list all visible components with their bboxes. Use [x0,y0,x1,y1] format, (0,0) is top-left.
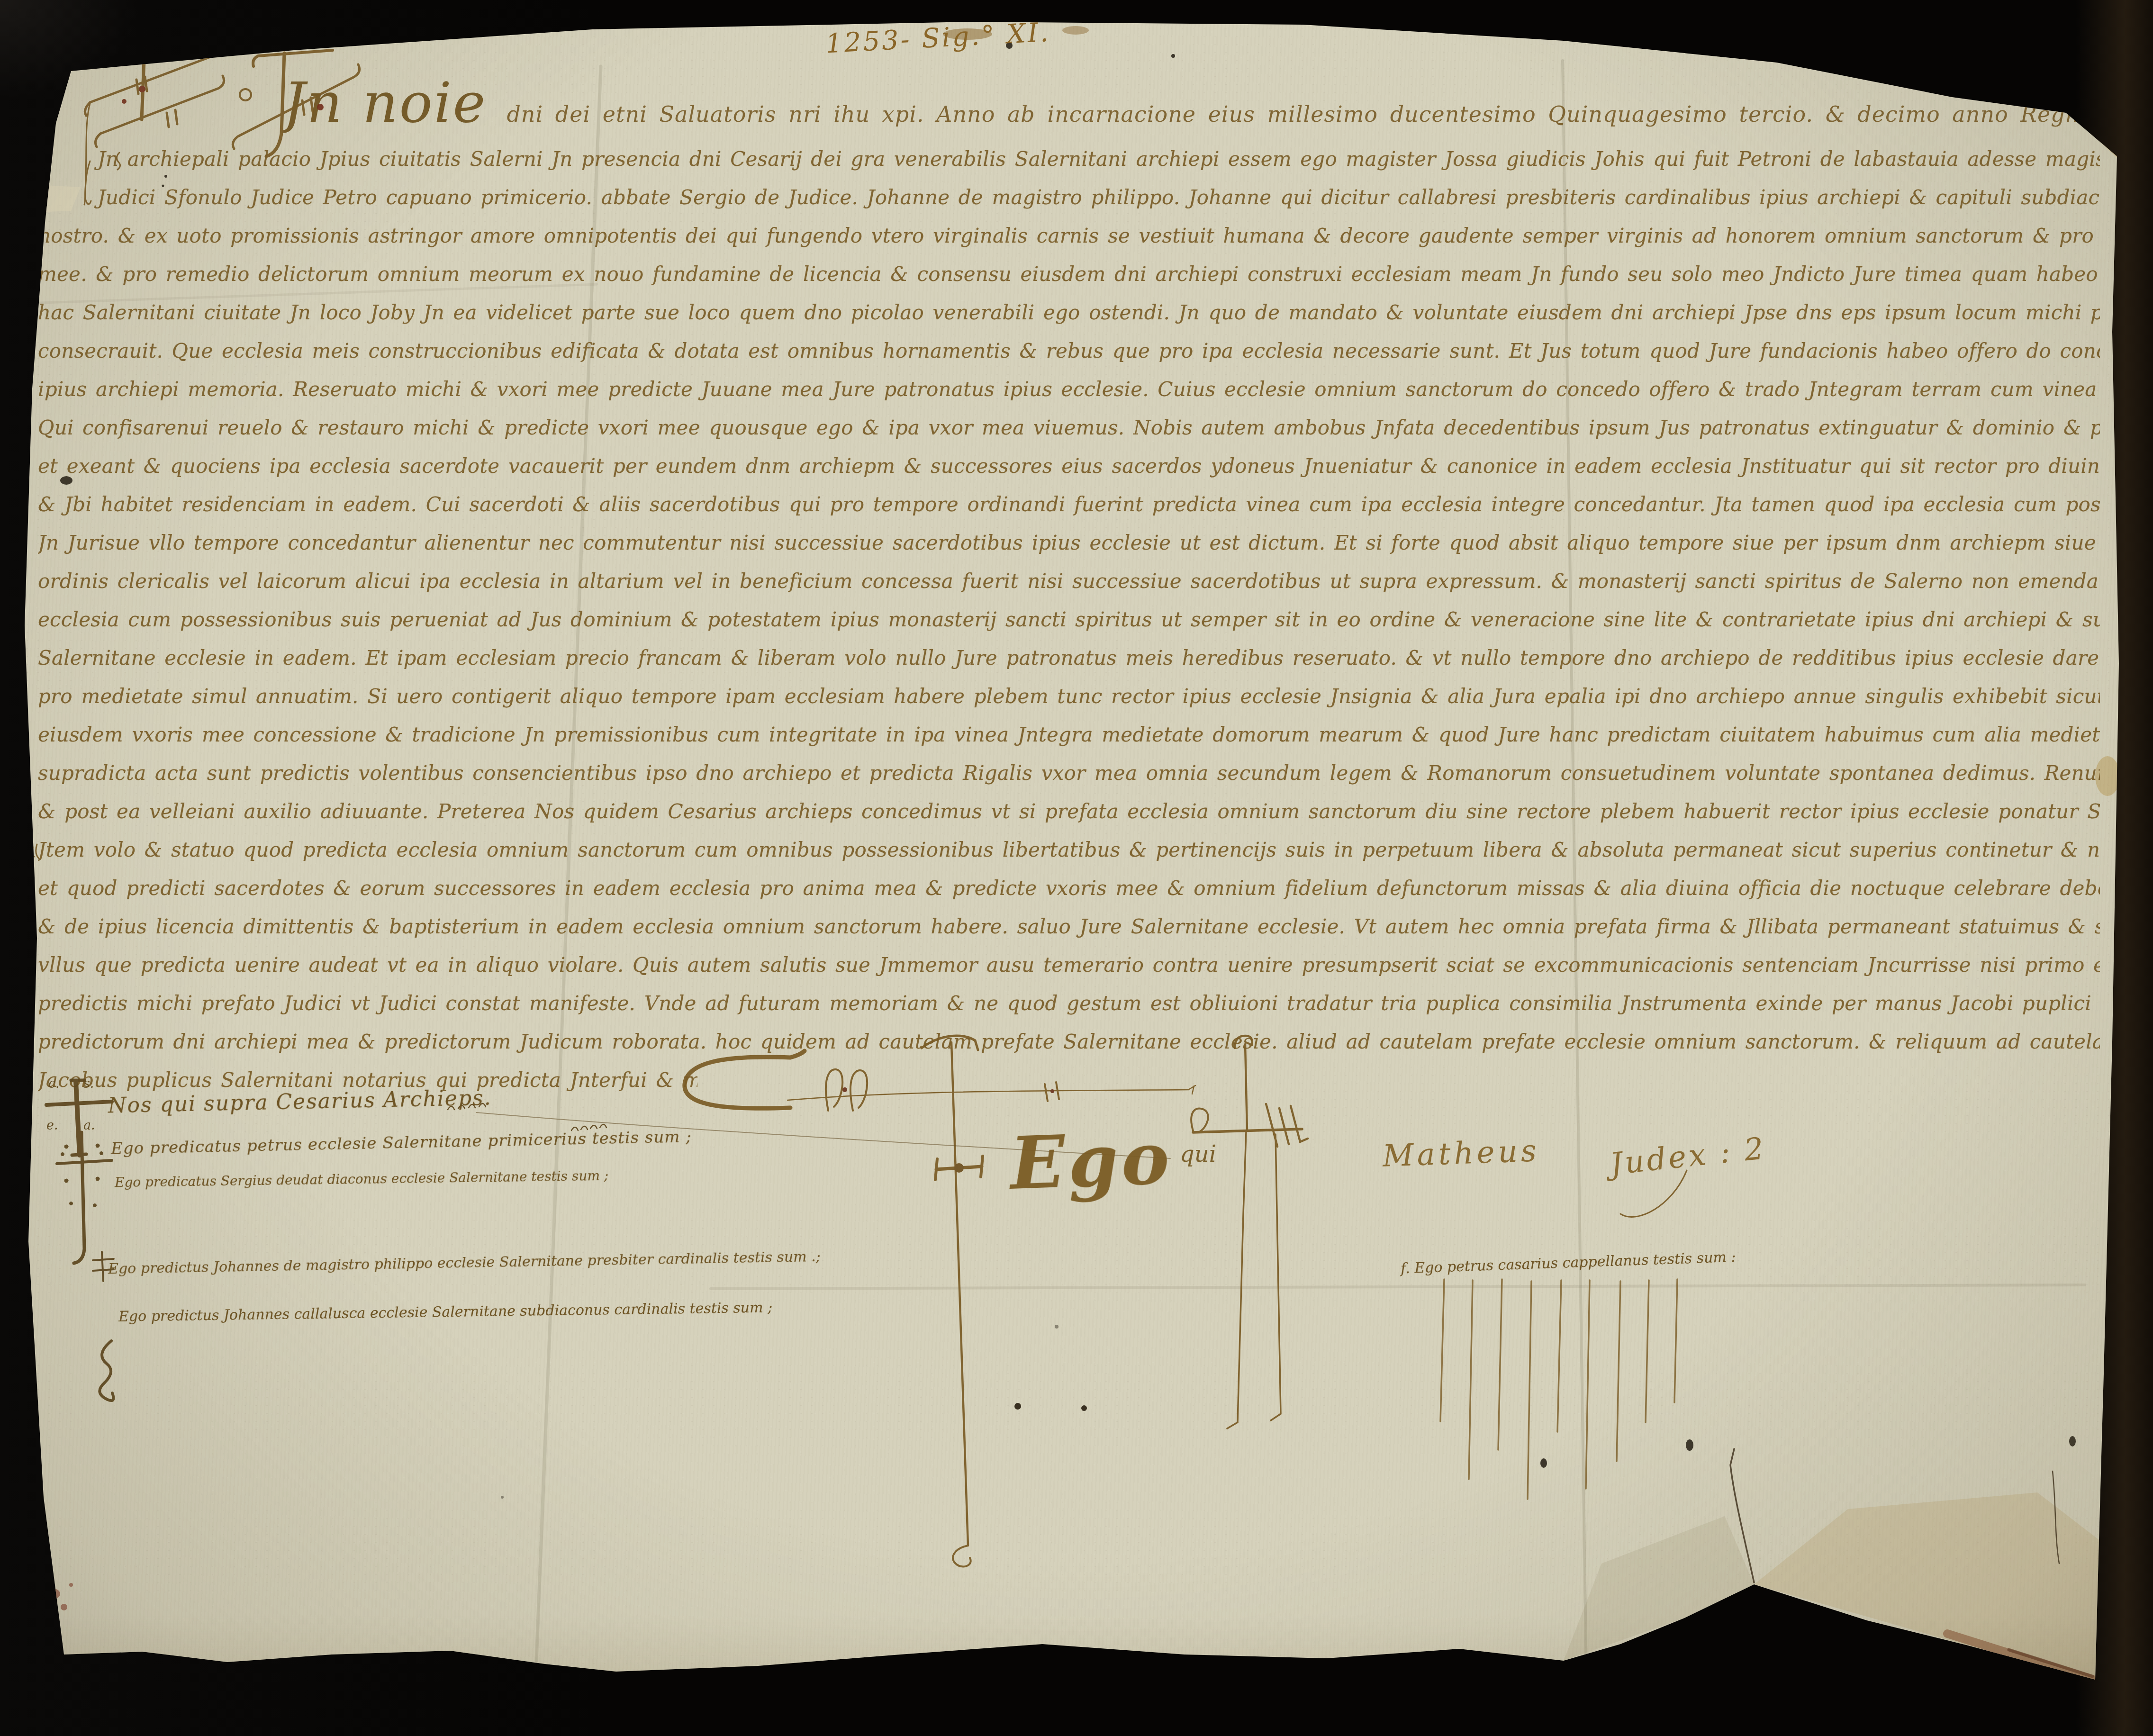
charter-line: pro medietate simul annuatim. Si uero co… [38,679,2100,718]
red-ink-dot [122,99,127,104]
notary-signature-line: f. Ego petrus casarius cappellanus testi… [1401,1249,1736,1277]
charter-line: vllus que predicta uenire audeat vt ea i… [38,948,2100,986]
charter-line: Qui confisarenui reuelo & restauro michi… [38,411,2100,449]
notarial-tall-cross-right-icon [1191,1036,1308,1429]
charter-line: eiusdem vxoris mee concessione & tradici… [38,718,2100,756]
archival-date-note: 1253- Sig.° XI. [825,17,1051,60]
charter-line: ordinis clericalis vel laicorum alicui i… [38,564,2100,603]
photo-stage: 1253- Sig.° XI. Jn noiedni dei etni Salu… [0,0,2153,1736]
witness-cross-dotted-icon [57,1132,112,1263]
cesarius-ruled-hairline [448,1103,1170,1158]
cross-monogram-letter: a. [83,1118,95,1133]
creases [28,61,2085,1677]
charter-line: ecclesia cum possessionibus suis perueni… [38,603,2100,641]
witness-signature-line: Ego predictus Johannes callalusca eccles… [118,1299,773,1325]
opening-line-text: dni dei etni Saluatoris nri ihu xpi. Ann… [507,101,2099,127]
charter-line: mee. & pro remedio delictorum omnium meo… [38,257,2100,296]
pen-trial-mark [117,153,120,170]
margin-mark [31,844,39,859]
charter-text: Jn archiepali palacio Jpius ciuitatis Sa… [38,142,2100,1102]
charter-line: & de ipius licencia dimittentis & baptis… [38,910,2100,948]
stain-top-right [943,26,2055,65]
charter-line: ipius archiepi memoria. Reseruato michi … [38,372,2100,411]
pen-flourish [100,1341,113,1401]
charter-line: Jacobus puplicus Salernitani notarius qu… [38,1063,697,1102]
iudex-descender-tail [1620,1170,1687,1217]
red-ink-dot [139,86,145,92]
ink-dot [954,1163,964,1173]
fold-triangles [36,114,2118,1680]
charter-line: Judici Sfonulo Judice Petro capuano prim… [38,181,2100,219]
opening-initial-flourish-icon [85,50,360,204]
dark-specks [60,42,2076,1499]
stain-right-edge [2095,756,2120,796]
charter-line: consecrauit. Que ecclesia meis construcc… [38,334,2100,372]
charter-line: & Jbi habitet residenciam in eadem. Cui … [38,488,2100,526]
parchment-blemishes [0,0,2153,1736]
charter-line: et quod predicti sacerdotes & eorum succ… [38,871,2100,910]
charter-line: hac Salernitani ciuitate Jn loco Joby Jn… [38,296,2100,334]
charter-line: Salernitane ecclesie in eadem. Et ipam e… [38,641,2100,679]
opening-signum-cross-icon [84,45,224,205]
charter-line: et exeant & quociens ipa ecclesia sacerd… [38,449,2100,488]
stain-bottom-left-red [25,1559,73,1610]
charter-line: supradicta acta sunt predictis volentibu… [38,756,2100,795]
witness-signature-line: Ego predicatus petrus ecclesie Salernita… [111,1127,692,1158]
judge-signature-matheus: Matheus [1382,1133,1540,1174]
notarial-signum-bracket-icon [685,1051,1195,1111]
ink-dot [1081,1405,1087,1411]
red-ink-dot [842,1087,847,1092]
charter-opening-line: Jn noiedni dei etni Saluatoris nri ihu x… [283,71,2099,135]
parchment: 1253- Sig.° XI. Jn noiedni dei etni Salu… [0,0,2153,1736]
witness-signature-line: Ego predictus Johannes de magistro phili… [108,1248,821,1277]
charter-line: Jtem volo & statuo quod predicta ecclesi… [38,833,2100,871]
signum-word-qui: qui [1180,1141,1216,1167]
witness-cross-small-icon [93,1252,114,1281]
edge-stain-bottom-right [1947,1634,2093,1680]
notarial-tall-cross-left-icon [922,1036,983,1566]
pen-mark [29,1404,37,1420]
witness-signature-line: Ego predicatus Sergius deudat diaconus e… [115,1168,609,1191]
red-ink-dot [317,104,324,110]
charter-line: predictis michi prefato Judici vt Judici… [38,986,2100,1025]
charter-line: predictorum dni archiepi mea & predictor… [38,1025,2100,1063]
charter-line: Jn archiepali palacio Jpius ciuitatis Sa… [38,142,2100,181]
ink-dot [1014,1403,1021,1410]
charter-line: Jn Jurisue vllo tempore concedantur alie… [38,526,2100,564]
witness-signature-line: Nos qui supra Cesarius Archieps. [108,1086,492,1118]
charter-line: nostro. & ex uoto promissionis astringor… [38,219,2100,257]
witness-cross-archbishop-icon [46,1080,112,1155]
charter-line: & post ea velleiani auxilio adiuuante. P… [38,795,2100,833]
cracks [45,1449,2059,1582]
cross-monogram-letter: s. [83,1076,94,1091]
signum-word-ego: Ego [1009,1115,1174,1206]
notary-elongated-strokes [1440,1279,1677,1499]
pen-strokes [0,0,2153,1736]
red-ink-dot [1050,1089,1054,1093]
judge-signature-iudex: Judex : 2 [1609,1131,1768,1182]
opening-invocation-word: Jn noie [283,71,487,135]
cross-monogram-letter: e. [46,1118,58,1133]
cross-monogram-letter: c. [48,1076,60,1091]
